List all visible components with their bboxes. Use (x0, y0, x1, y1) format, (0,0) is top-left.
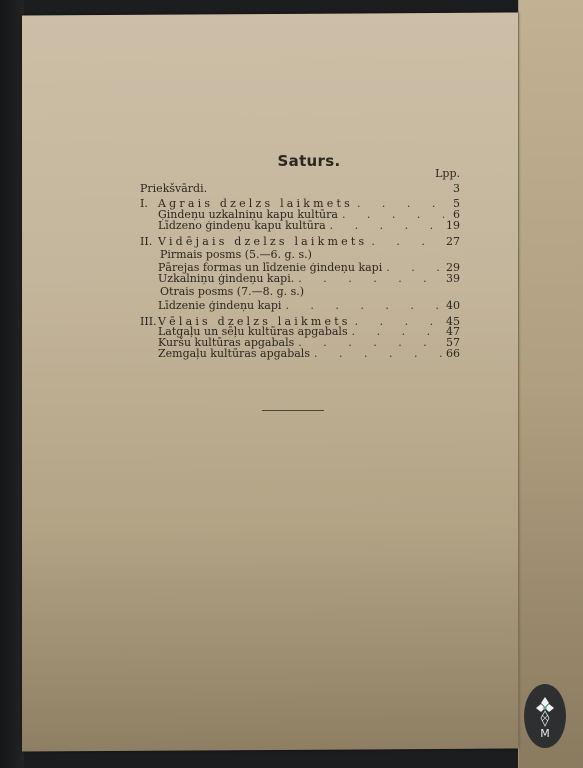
section-numeral: I. (140, 199, 158, 210)
entry-label: Uzkalniņu ģindeņu kapi. (158, 274, 294, 285)
leader-dots: . . . . . . . . . . . . . . . . . . . . … (294, 274, 444, 285)
table-of-contents: Saturs. Lpp. Priekšvārdi. 3 I.Agrais dze… (140, 156, 460, 360)
toc-subheading: Otrais posms (7.—8. g. s.) (140, 287, 460, 298)
entry-page: 19 (444, 221, 460, 232)
leader-dots: . . . . . . . . . . . . . . . . . . . . … (338, 210, 444, 221)
toc-entry: Zemgaļu kultūras apgabals . . . . . . . … (140, 349, 460, 360)
page-column-header: Lpp. (140, 169, 460, 180)
entry-label: Zemgaļu kultūras apgabals (158, 349, 310, 360)
leader-dots: . . . . . . . . . . . . . . . . . . . . … (351, 317, 444, 328)
entry-page: 40 (444, 301, 460, 312)
leader-dots: . . . . . . . . . . . . . . . . . . . . … (367, 237, 444, 248)
leader-dots: . . . . . . . . . . . . . . . . . . . . … (310, 349, 444, 360)
entry-page: 27 (444, 237, 460, 248)
leader-dots: . . . . . . . . . . . . . . . . . . . . … (326, 221, 444, 232)
toc-subheading: Pirmais posms (5.—6. g. s.) (140, 250, 460, 261)
book-page (22, 12, 518, 751)
section-numeral: III. (140, 317, 158, 328)
entry-label: Līdzenie ģindeņu kapi (158, 301, 281, 312)
toc-title: Saturs. (158, 156, 460, 167)
entry-label: Līdzeno ģindeņu kapu kultūra (158, 221, 326, 232)
dark-background (0, 0, 24, 768)
toc-entry: Līdzenie ģindeņu kapi . . . . . . . . . … (140, 301, 460, 312)
leader-dots: . . . . . . . . . . . . . . . . . . . . … (353, 199, 444, 210)
leader-dots: . . . . . . . . . . . . . . . . . . . . … (348, 327, 444, 338)
entry-label: Vidējais dzelzs laikmets (158, 235, 367, 248)
entry-page: 66 (444, 349, 460, 360)
toc-entry-foreword: Priekšvārdi. 3 (140, 184, 460, 195)
section-numeral: II. (140, 237, 158, 248)
toc-entry: Uzkalniņu ģindeņu kapi. . . . . . . . . … (140, 274, 460, 285)
divider-rule (262, 410, 324, 411)
museum-logo-icon: M (524, 684, 566, 748)
leader-dots: . . . . . . . . . . . . . . . . . . . . … (281, 301, 444, 312)
leader-dots: . . . . . . . . . . . . . . . . . . . . … (294, 338, 444, 349)
entry-page: 3 (444, 184, 460, 195)
svg-text:M: M (540, 727, 550, 740)
entry-label: Priekšvārdi. (140, 184, 207, 195)
leader-dots: . . . . . . . . . . . . . . . . . . . . … (382, 263, 444, 274)
toc-entry: Līdzeno ģindeņu kapu kultūra . . . . . .… (140, 221, 460, 232)
next-page-edge (518, 0, 583, 768)
toc-section-2: II.Vidējais dzelzs laikmets . . . . . . … (140, 237, 460, 248)
entry-page: 39 (444, 274, 460, 285)
